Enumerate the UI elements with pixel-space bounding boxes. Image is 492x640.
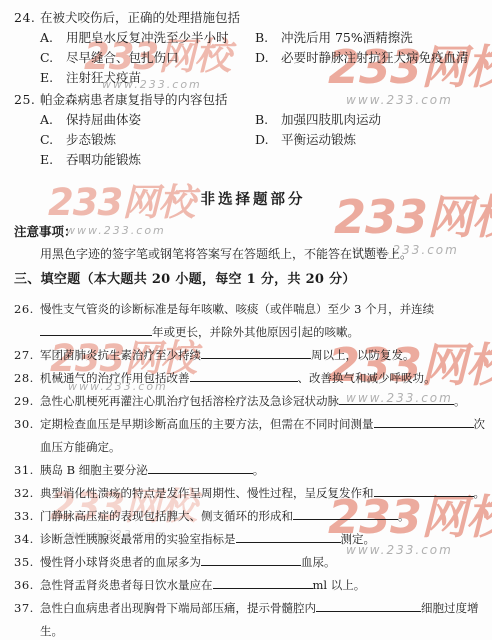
question-number: 26. — [14, 298, 34, 321]
answer-blank — [40, 324, 152, 336]
option: E.吞咽功能锻炼 — [40, 150, 255, 170]
text-segment: 、改善换气和减少呼吸功。 — [298, 371, 436, 385]
text-segment: 机械通气的治疗作用包括改善 — [40, 371, 190, 385]
question-number: 37. — [14, 597, 34, 620]
fill-question: 33.门静脉高压症的表现包括脾大、侧支循环的形成和。 — [14, 505, 488, 528]
notice-label: 注意事项： — [14, 222, 492, 242]
question: 24.在被犬咬伤后，正确的处理措施包括A.用肥皂水反复冲洗至少半小时B.冲洗后用… — [14, 8, 492, 88]
text-segment: 。 — [454, 394, 466, 408]
question-number: 32. — [14, 482, 34, 505]
fill-question: 34.诊断急性胰腺炎最常用的实验室指标是测定。 — [14, 528, 488, 551]
option-label: B. — [255, 28, 281, 48]
option: A.用肥皂水反复冲洗至少半小时 — [40, 28, 255, 48]
exam-page: 233网校 www.233.com 233网校 www.233.com 233网… — [0, 0, 492, 640]
answer-blank — [190, 370, 298, 382]
question-number: 36. — [14, 574, 34, 597]
text-segment: 细胞过度增 — [421, 601, 479, 615]
answer-blank — [236, 531, 341, 543]
option: B.加强四肢肌肉运动 — [255, 110, 492, 130]
text-segment: 。 — [474, 486, 486, 500]
option: E.注射狂犬疫苗 — [40, 68, 255, 88]
answer-blank — [201, 347, 311, 359]
question-number: 27. — [14, 344, 34, 367]
option: C.尽早缝合、包扎伤口 — [40, 48, 255, 68]
question-line: 慢性肾小球肾炎患者的血尿多为血尿。 — [40, 551, 488, 574]
question-line: 慢性支气管炎的诊断标准是每年咳嗽、咳痰（或伴喘息）至少 3 个月，并连续 — [40, 298, 488, 321]
fill-question: 28.机械通气的治疗作用包括改善、改善换气和减少呼吸功。 — [14, 367, 488, 390]
text-segment: 定期检查血压是早期诊断高血压的主要方法，但需在不同时间测量 — [40, 417, 374, 431]
option-label: C. — [40, 48, 66, 68]
answer-blank — [316, 600, 421, 612]
text-segment: 慢性支气管炎的诊断标准是每年咳嗽、咳痰（或伴喘息）至少 3 个月，并连续 — [40, 302, 434, 316]
text-segment: 急性白血病患者出现胸骨下端局部压痛，提示骨髓腔内 — [40, 601, 316, 615]
question-number: 35. — [14, 551, 34, 574]
text-segment: 测定。 — [341, 532, 376, 546]
mc-questions: 24.在被犬咬伤后，正确的处理措施包括A.用肥皂水反复冲洗至少半小时B.冲洗后用… — [14, 8, 492, 170]
option-text: 保持屈曲体姿 — [66, 112, 141, 127]
text-segment: 次 — [474, 417, 486, 431]
option: A.保持屈曲体姿 — [40, 110, 255, 130]
text-segment: 胰岛 B 细胞主要分泌 — [40, 463, 148, 477]
options: A.保持屈曲体姿B.加强四肢肌肉运动C.步态锻炼D.平衡运动锻炼E.吞咽功能锻炼 — [40, 110, 492, 170]
text-segment: 军团菌肺炎抗生素治疗至少持续 — [40, 348, 201, 362]
text-segment: 门静脉高压症的表现包括脾大、侧支循环的形成和 — [40, 509, 293, 523]
text-segment: 年或更长，并除外其他原因引起的咳嗽。 — [152, 325, 359, 339]
option-label: D. — [255, 130, 281, 150]
answer-blank — [148, 462, 253, 474]
option-text: 必要时静脉注射抗狂犬病免疫血清 — [281, 50, 469, 65]
option-text: 吞咽功能锻炼 — [66, 152, 141, 167]
nonselect-section-heading: 非选择题部分 — [14, 190, 492, 210]
text-segment: 典型消化性溃疡的特点是发作呈周期性、慢性过程，呈反复发作和 — [40, 486, 374, 500]
question-line: 年或更长，并除外其他原因引起的咳嗽。 — [40, 321, 488, 344]
option-text: 用肥皂水反复冲洗至少半小时 — [66, 30, 229, 45]
question-line: 诊断急性胰腺炎最常用的实验室指标是测定。 — [40, 528, 488, 551]
question-line: 机械通气的治疗作用包括改善、改善换气和减少呼吸功。 — [40, 367, 488, 390]
question-line: 门静脉高压症的表现包括脾大、侧支循环的形成和。 — [40, 505, 488, 528]
question-number: 33. — [14, 505, 34, 528]
answer-blank — [213, 577, 313, 589]
question-line: 军团菌肺炎抗生素治疗至少持续周以上，以防复发。 — [40, 344, 488, 367]
option-label: E. — [40, 68, 66, 88]
fill-question: 26.慢性支气管炎的诊断标准是每年咳嗽、咳痰（或伴喘息）至少 3 个月，并连续年… — [14, 298, 488, 344]
option: D.必要时静脉注射抗狂犬病免疫血清 — [255, 48, 492, 68]
answer-blank — [374, 416, 474, 428]
option-label: A. — [40, 28, 66, 48]
option-label: E. — [40, 150, 66, 170]
text-segment: 诊断急性胰腺炎最常用的实验室指标是 — [40, 532, 236, 546]
option-text: 平衡运动锻炼 — [281, 132, 356, 147]
question-line: 定期检查血压是早期诊断高血压的主要方法，但需在不同时间测量次 — [40, 413, 488, 436]
option-text: 步态锻炼 — [66, 132, 116, 147]
fill-question: 30.定期检查血压是早期诊断高血压的主要方法，但需在不同时间测量次血压方能确定。 — [14, 413, 488, 459]
notice-text: 用黑色字迹的签字笔或钢笔将答案写在答题纸上，不能答在试题卷上。 — [14, 244, 492, 264]
fill-question: 31.胰岛 B 细胞主要分泌。 — [14, 459, 488, 482]
question: 25.帕金森病患者康复指导的内容包括A.保持屈曲体姿B.加强四肢肌肉运动C.步态… — [14, 90, 492, 170]
option: D.平衡运动锻炼 — [255, 130, 492, 150]
question-number: 25. — [14, 90, 35, 110]
text-segment: 。 — [398, 509, 410, 523]
text-segment: 急性肾盂肾炎患者每日饮水量应在 — [40, 578, 213, 592]
question-line: 急性肾盂肾炎患者每日饮水量应在ml 以上。 — [40, 574, 488, 597]
question-number: 24. — [14, 8, 35, 28]
answer-blank — [374, 485, 474, 497]
fill-question: 36.急性肾盂肾炎患者每日饮水量应在ml 以上。 — [14, 574, 488, 597]
fill-question: 35.慢性肾小球肾炎患者的血尿多为血尿。 — [14, 551, 488, 574]
text-segment: 血尿。 — [301, 555, 336, 569]
part-title: 三、填空题（本大题共 20 小题，每空 1 分，共 20 分） — [14, 270, 492, 290]
fill-question: 29.急性心肌梗死再灌注心肌治疗包括溶栓疗法及急诊冠状动脉。 — [14, 390, 488, 413]
options: A.用肥皂水反复冲洗至少半小时B.冲洗后用 75%酒精擦洗C.尽早缝合、包扎伤口… — [40, 28, 492, 88]
question-number: 31. — [14, 459, 34, 482]
text-segment: 周以上，以防复发。 — [311, 348, 415, 362]
fill-question: 32.典型消化性溃疡的特点是发作呈周期性、慢性过程，呈反复发作和。 — [14, 482, 488, 505]
question-number: 30. — [14, 413, 34, 436]
text-segment: ml 以上。 — [313, 578, 366, 592]
question-line: 急性白血病患者出现胸骨下端局部压痛，提示骨髓腔内细胞过度增 — [40, 597, 488, 620]
question-line: 急性心肌梗死再灌注心肌治疗包括溶栓疗法及急诊冠状动脉。 — [40, 390, 488, 413]
question-number: 28. — [14, 367, 34, 390]
fill-question: 37.急性白血病患者出现胸骨下端局部压痛，提示骨髓腔内细胞过度增生。 — [14, 597, 488, 640]
answer-blank — [339, 393, 454, 405]
answer-blank — [293, 508, 398, 520]
option-text: 尽早缝合、包扎伤口 — [66, 50, 179, 65]
text-segment: 慢性肾小球肾炎患者的血尿多为 — [40, 555, 201, 569]
fill-question: 27.军团菌肺炎抗生素治疗至少持续周以上，以防复发。 — [14, 344, 488, 367]
question-stem: 帕金森病患者康复指导的内容包括 — [40, 92, 228, 107]
option-label: B. — [255, 110, 281, 130]
fill-questions: 26.慢性支气管炎的诊断标准是每年咳嗽、咳痰（或伴喘息）至少 3 个月，并连续年… — [14, 298, 492, 640]
text-segment: 急性心肌梗死再灌注心肌治疗包括溶栓疗法及急诊冠状动脉 — [40, 394, 339, 408]
option: C.步态锻炼 — [40, 130, 255, 150]
question-stem: 在被犬咬伤后，正确的处理措施包括 — [40, 10, 240, 25]
question-line: 胰岛 B 细胞主要分泌。 — [40, 459, 488, 482]
text-segment: 生。 — [40, 624, 63, 638]
question-line: 血压方能确定。 — [40, 436, 488, 459]
option-label: C. — [40, 130, 66, 150]
answer-blank — [201, 554, 301, 566]
option-text: 加强四肢肌肉运动 — [281, 112, 381, 127]
question-number: 34. — [14, 528, 34, 551]
option-text: 注射狂犬疫苗 — [66, 70, 141, 85]
question-number: 29. — [14, 390, 34, 413]
text-segment: 。 — [253, 463, 265, 477]
option-label: D. — [255, 48, 281, 68]
page-content: 24.在被犬咬伤后，正确的处理措施包括A.用肥皂水反复冲洗至少半小时B.冲洗后用… — [14, 8, 492, 640]
question-line: 典型消化性溃疡的特点是发作呈周期性、慢性过程，呈反复发作和。 — [40, 482, 488, 505]
option: B.冲洗后用 75%酒精擦洗 — [255, 28, 492, 48]
text-segment: 血压方能确定。 — [40, 440, 121, 454]
question-line: 生。 — [40, 620, 488, 640]
option-text: 冲洗后用 75%酒精擦洗 — [281, 30, 413, 45]
option-label: A. — [40, 110, 66, 130]
